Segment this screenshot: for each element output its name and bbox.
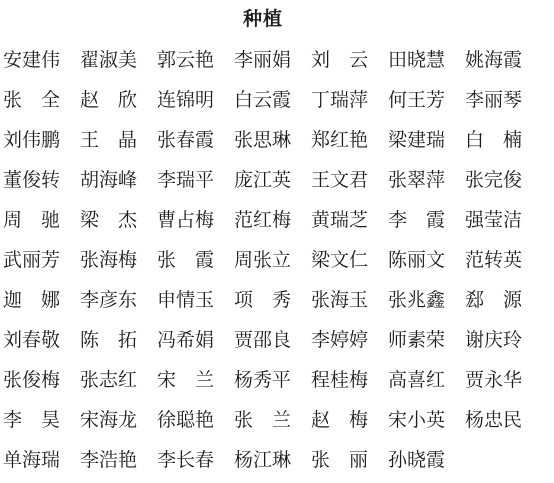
name-cell: 范转英 bbox=[465, 250, 522, 272]
table-row: 单海瑞李浩艳李长春杨江琳张丽孙晓霞 bbox=[3, 441, 554, 481]
name-cell: 迦娜 bbox=[3, 290, 60, 312]
name-cell: 董俊转 bbox=[3, 170, 60, 192]
name-cell: 庞江英 bbox=[234, 170, 291, 192]
name-cell: 范红梅 bbox=[234, 210, 291, 232]
name-cell: 刘云 bbox=[311, 50, 368, 72]
table-row: 迦娜李彦东申情玉项秀张海玉张兆鑫郄源 bbox=[3, 281, 554, 321]
name-cell: 张完俊 bbox=[465, 170, 522, 192]
name-cell: 黄瑞芝 bbox=[311, 210, 368, 232]
name-table: 安建伟翟淑美郭云艳李丽娟刘云田晓慧姚海霞张全赵欣连锦明白云霞丁瑞萍何王芳李丽琴刘… bbox=[3, 41, 554, 481]
name-cell: 李浩艳 bbox=[80, 450, 137, 472]
name-cell: 张俊梅 bbox=[3, 370, 60, 392]
table-row: 董俊转胡海峰李瑞平庞江英王文君张翠萍张完俊 bbox=[3, 161, 554, 201]
name-cell: 张兆鑫 bbox=[388, 290, 445, 312]
name-cell: 田晓慧 bbox=[388, 50, 445, 72]
name-cell: 白云霞 bbox=[234, 90, 291, 112]
name-cell: 梁杰 bbox=[80, 210, 137, 232]
name-cell: 王晶 bbox=[80, 130, 137, 152]
table-row: 刘伟鹏王晶张春霞张思琳郑红艳梁建瑞白楠 bbox=[3, 121, 554, 161]
name-cell: 李昊 bbox=[3, 410, 60, 432]
name-cell: 白楠 bbox=[465, 130, 522, 152]
table-row: 刘春敬陈拓冯希娟贾邵良李婷婷师素荣谢庆玲 bbox=[3, 321, 554, 361]
name-cell: 陈丽文 bbox=[388, 250, 445, 272]
name-cell: 杨忠民 bbox=[465, 410, 522, 432]
name-cell: 郭云艳 bbox=[157, 50, 214, 72]
name-cell: 张春霞 bbox=[157, 130, 214, 152]
name-cell: 贾邵良 bbox=[234, 330, 291, 352]
name-cell: 陈拓 bbox=[80, 330, 137, 352]
table-row: 武丽芳张海梅张霞周张立梁文仁陈丽文范转英 bbox=[3, 241, 554, 281]
name-cell: 张丽 bbox=[311, 450, 368, 472]
name-cell: 宋海龙 bbox=[80, 410, 137, 432]
page-title: 种植 bbox=[3, 8, 523, 32]
name-cell: 张海玉 bbox=[311, 290, 368, 312]
name-cell: 梁文仁 bbox=[311, 250, 368, 272]
name-cell: 曹占梅 bbox=[157, 210, 214, 232]
name-cell: 程桂梅 bbox=[311, 370, 368, 392]
name-cell: 李瑞平 bbox=[157, 170, 214, 192]
name-cell: 连锦明 bbox=[157, 90, 214, 112]
name-cell: 武丽芳 bbox=[3, 250, 60, 272]
table-row: 安建伟翟淑美郭云艳李丽娟刘云田晓慧姚海霞 bbox=[3, 41, 554, 81]
name-cell: 宋小英 bbox=[388, 410, 445, 432]
name-cell: 单海瑞 bbox=[3, 450, 60, 472]
name-cell: 张兰 bbox=[234, 410, 291, 432]
name-cell: 赵欣 bbox=[80, 90, 137, 112]
name-cell: 张志红 bbox=[80, 370, 137, 392]
table-row: 张全赵欣连锦明白云霞丁瑞萍何王芳李丽琴 bbox=[3, 81, 554, 121]
name-cell: 郄源 bbox=[465, 290, 522, 312]
name-cell: 杨秀平 bbox=[234, 370, 291, 392]
name-cell: 张海梅 bbox=[80, 250, 137, 272]
name-cell: 李丽娟 bbox=[234, 50, 291, 72]
name-cell: 项秀 bbox=[234, 290, 291, 312]
name-cell: 杨江琳 bbox=[234, 450, 291, 472]
name-cell: 冯希娟 bbox=[157, 330, 214, 352]
name-cell: 刘春敬 bbox=[3, 330, 60, 352]
name-cell: 翟淑美 bbox=[80, 50, 137, 72]
name-cell: 谢庆玲 bbox=[465, 330, 522, 352]
name-cell: 李彦东 bbox=[80, 290, 137, 312]
name-cell: 胡海峰 bbox=[80, 170, 137, 192]
name-cell: 贾永华 bbox=[465, 370, 522, 392]
name-cell: 强莹洁 bbox=[465, 210, 522, 232]
name-cell: 王文君 bbox=[311, 170, 368, 192]
name-cell: 梁建瑞 bbox=[388, 130, 445, 152]
name-cell: 李长春 bbox=[157, 450, 214, 472]
name-cell: 宋兰 bbox=[157, 370, 214, 392]
document-page: 种植 安建伟翟淑美郭云艳李丽娟刘云田晓慧姚海霞张全赵欣连锦明白云霞丁瑞萍何王芳李… bbox=[0, 0, 554, 483]
name-cell: 张霞 bbox=[157, 250, 214, 272]
name-cell: 高喜红 bbox=[388, 370, 445, 392]
name-cell: 申情玉 bbox=[157, 290, 214, 312]
name-cell: 张全 bbox=[3, 90, 60, 112]
name-cell: 周驰 bbox=[3, 210, 60, 232]
name-cell: 李霞 bbox=[388, 210, 445, 232]
name-cell: 李丽琴 bbox=[465, 90, 522, 112]
name-cell: 张思琳 bbox=[234, 130, 291, 152]
name-cell: 孙晓霞 bbox=[388, 450, 445, 472]
name-cell: 何王芳 bbox=[388, 90, 445, 112]
name-cell: 赵梅 bbox=[311, 410, 368, 432]
table-row: 周驰梁杰曹占梅范红梅黄瑞芝李霞强莹洁 bbox=[3, 201, 554, 241]
table-row: 李昊宋海龙徐聪艳张兰赵梅宋小英杨忠民 bbox=[3, 401, 554, 441]
name-cell: 姚海霞 bbox=[465, 50, 522, 72]
name-cell: 刘伟鹏 bbox=[3, 130, 60, 152]
name-cell: 安建伟 bbox=[3, 50, 60, 72]
table-row: 张俊梅张志红宋兰杨秀平程桂梅高喜红贾永华 bbox=[3, 361, 554, 401]
name-cell: 徐聪艳 bbox=[157, 410, 214, 432]
name-cell: 师素荣 bbox=[388, 330, 445, 352]
name-cell: 丁瑞萍 bbox=[311, 90, 368, 112]
name-cell: 郑红艳 bbox=[311, 130, 368, 152]
name-cell: 周张立 bbox=[234, 250, 291, 272]
name-cell: 李婷婷 bbox=[311, 330, 368, 352]
name-cell: 张翠萍 bbox=[388, 170, 445, 192]
